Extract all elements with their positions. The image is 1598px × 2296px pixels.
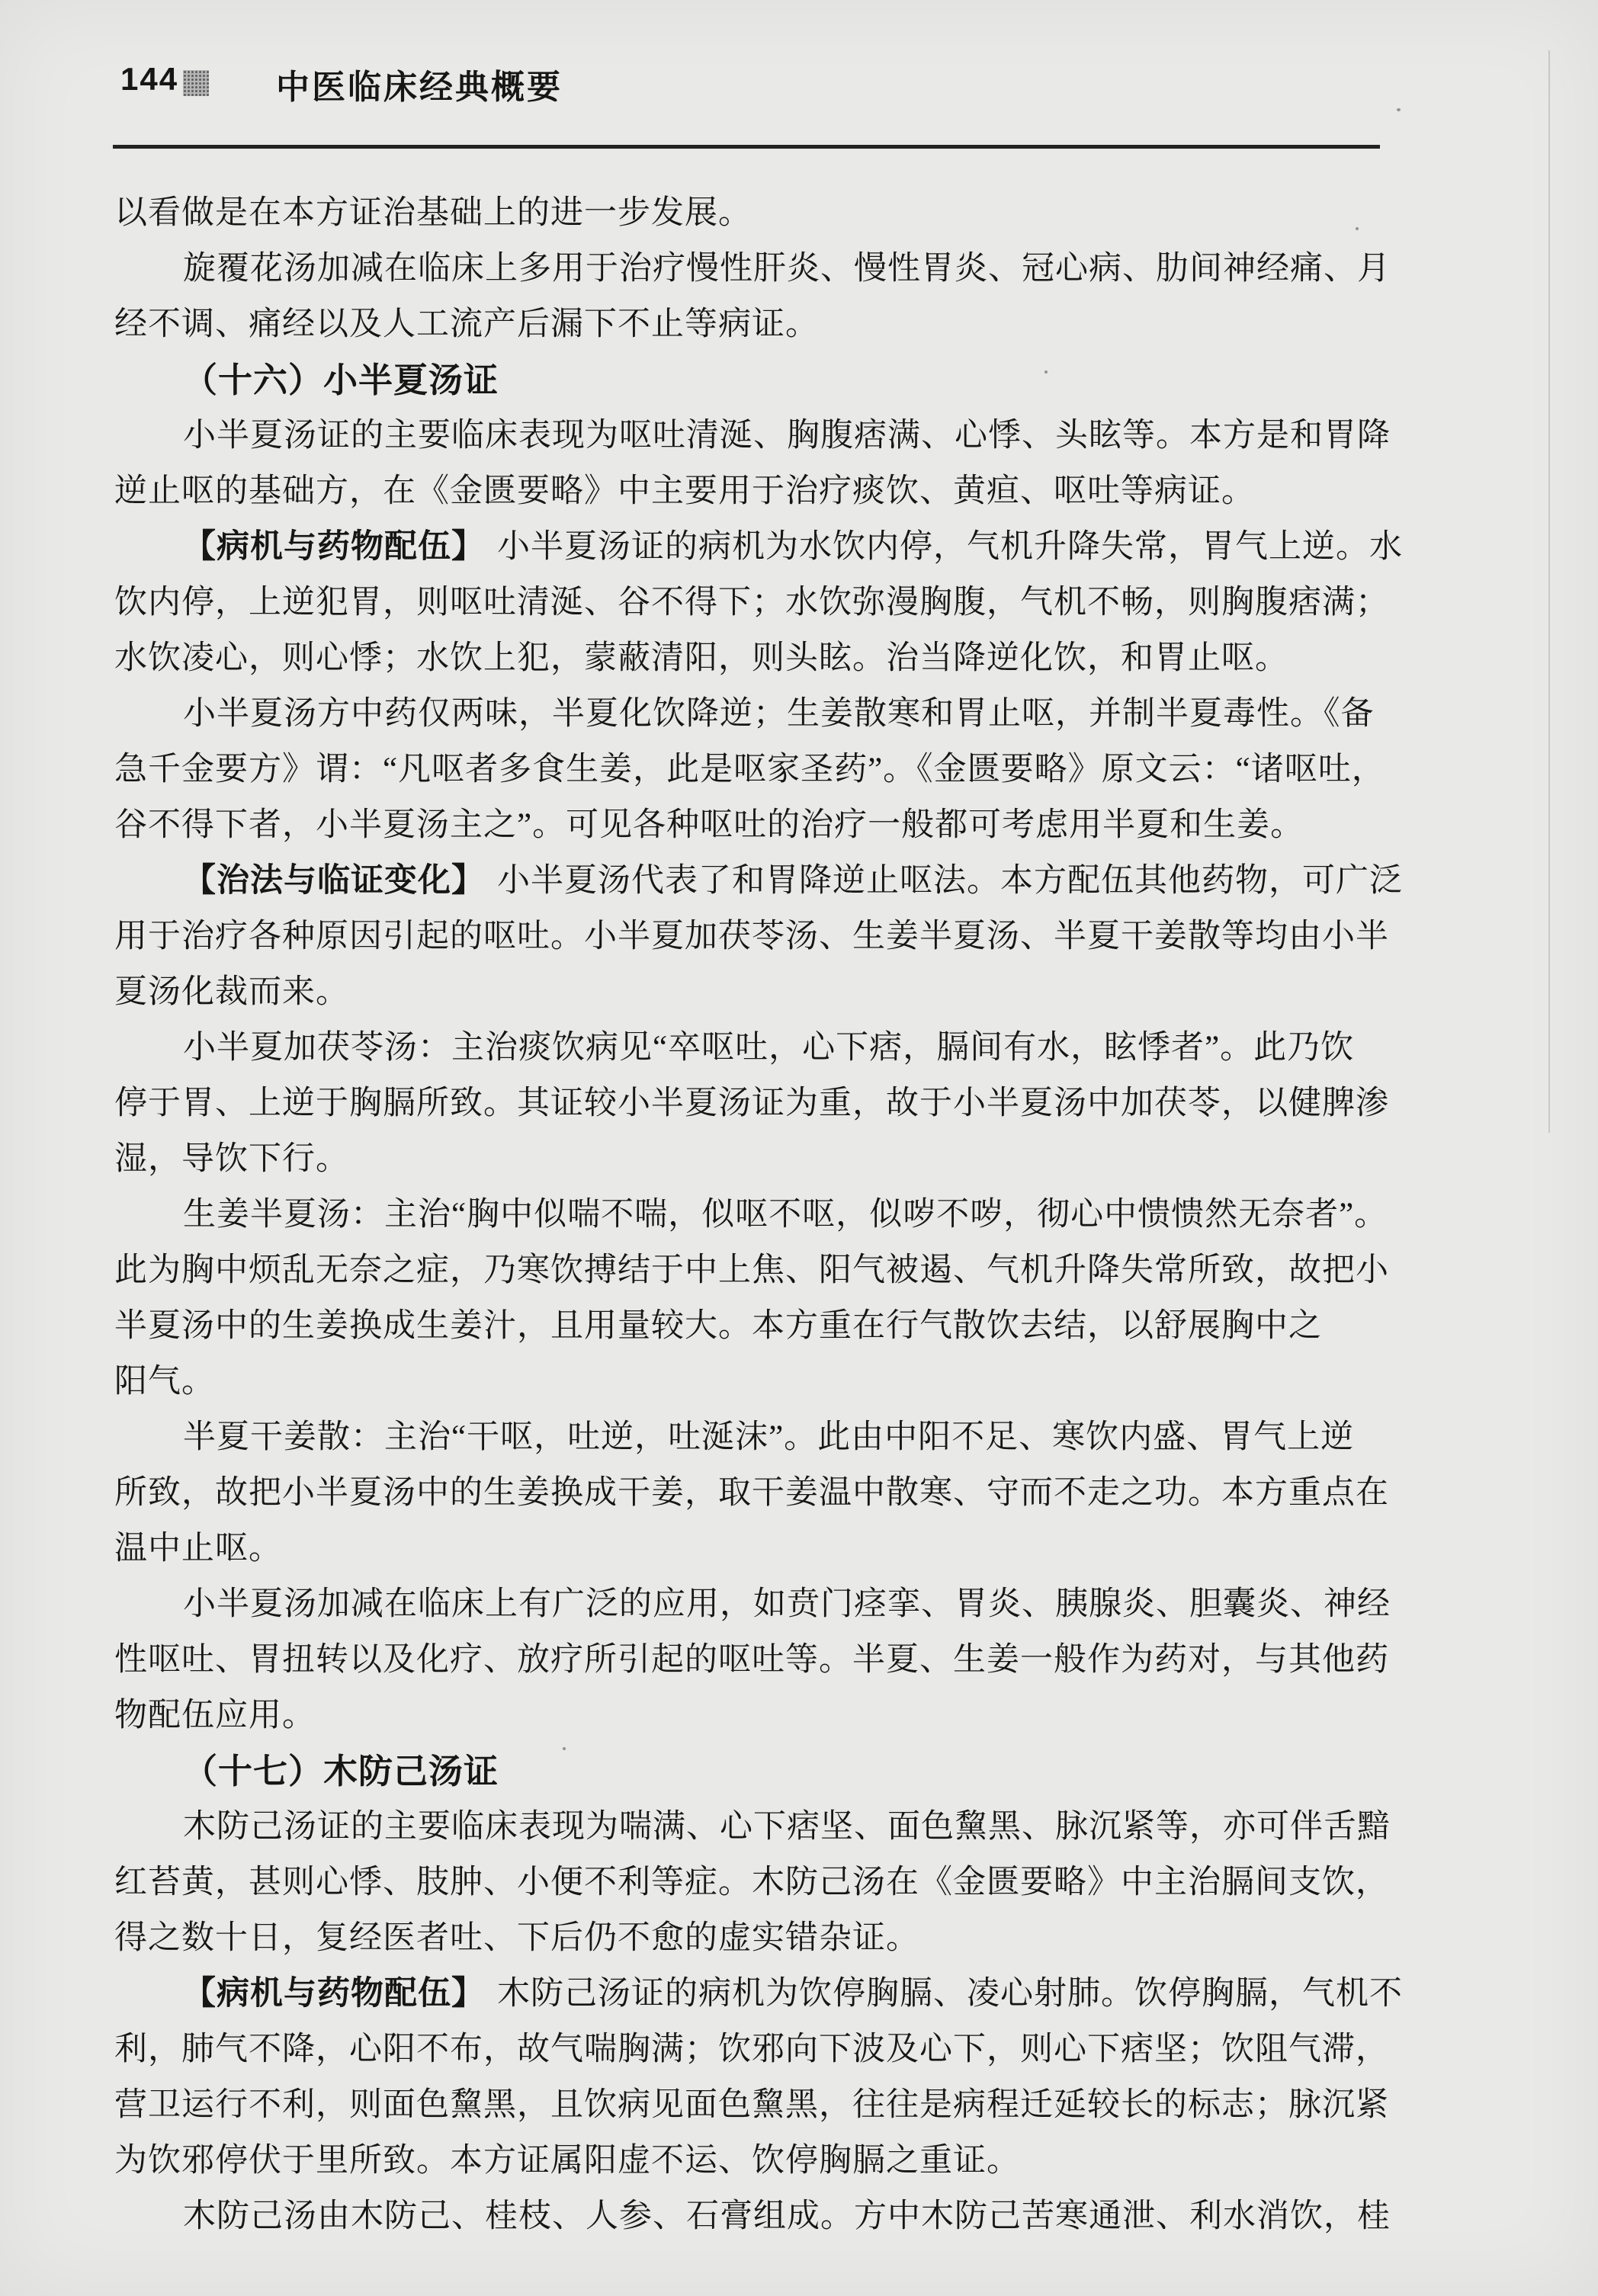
scan-speck [563,1747,566,1750]
header-marker-icon [183,70,209,96]
text-line-22: 阳气。 [114,1354,1426,1409]
text-line-35: 营卫运行不利，则面色黧黑，且饮病见面色黧黑，往往是病程迁延较长的标志；脉沉紧 [114,2077,1426,2133]
text-segment: 温中止呕。 [114,1531,282,1566]
text-segment: 木防己汤由木防己、桂枝、人参、石膏组成。方中木防己苦寒通泄、利水消饮，桂 [183,2198,1391,2234]
text-segment: 阳气。 [114,1364,215,1400]
text-line-26: 小半夏汤加减在临床上有广泛的应用，如贲门痉挛、胃炎、胰腺炎、胆囊炎、神经 [114,1576,1426,1632]
bold-label: 【病机与药物配伍】 [183,528,485,565]
text-segment: 用于治疗各种原因引起的呕吐。小半夏加茯苓汤、生姜半夏汤、半夏干姜散等均由小半 [114,919,1389,954]
text-segment: 物配伍应用。 [114,1698,316,1733]
text-line-8: 饮内停，上逆犯胃，则呕吐清涎、谷不得下；水饮弥漫胸腹，气机不畅，则胸腹痞满； [114,575,1426,630]
text-segment: 半夏汤中的生姜换成生姜汁，且用量较大。本方重在行气散饮去结，以舒展胸中之 [114,1308,1322,1344]
text-line-7: 【病机与药物配伍】小半夏汤证的病机为水饮内停，气机升降失常，胃气上逆。水 [114,519,1426,575]
text-segment: 性呕吐、胃扭转以及化疗、放疗所引起的呕吐等。半夏、生姜一般作为药对，与其他药 [114,1642,1389,1678]
text-segment: 停于胃、上逆于胸膈所致。其证较小半夏汤证为重，故于小半夏汤中加茯苓，以健脾渗 [114,1085,1389,1121]
text-line-15: 夏汤化裁而来。 [114,964,1426,1020]
text-line-20: 此为胸中烦乱无奈之症，乃寒饮搏结于中上焦、阳气被遏、气机升降失常所致，故把小 [114,1243,1426,1298]
text-line-13: 【治法与临证变化】小半夏汤代表了和胃降逆止呕法。本方配伍其他药物，可广泛 [114,853,1426,909]
bold-label: 【病机与药物配伍】 [183,1975,485,2012]
text-segment: 以看做是在本方证治基础上的进一步发展。 [114,195,752,231]
text-line-27: 性呕吐、胃扭转以及化疗、放疗所引起的呕吐等。半夏、生姜一般作为药对，与其他药 [114,1632,1426,1688]
text-line-30: 木防己汤证的主要临床表现为喘满、心下痞坚、面色黧黑、脉沉紧等，亦可伴舌黯 [114,1799,1426,1855]
text-line-1: 以看做是在本方证治基础上的进一步发展。 [114,185,1426,241]
body-text: 以看做是在本方证治基础上的进一步发展。旋覆花汤加减在临床上多用于治疗慢性肝炎、慢… [114,185,1426,2244]
text-line-6: 逆止呕的基础方，在《金匮要略》中主要用于治疗痰饮、黄疸、呕吐等病证。 [114,463,1426,519]
book-page: 144 中医临床经典概要 以看做是在本方证治基础上的进一步发展。旋覆花汤加减在临… [0,0,1598,2296]
text-segment: 水饮凌心，则心悸；水饮上犯，蒙蔽清阳，则头眩。治当降逆化饮，和胃止呕。 [114,640,1288,676]
header-rule [113,145,1380,149]
text-line-9: 水饮凌心，则心悸；水饮上犯，蒙蔽清阳，则头眩。治当降逆化饮，和胃止呕。 [114,630,1426,686]
text-segment: 半夏干姜散：主治“干呕，吐逆，吐涎沫”。此由中阳不足、寒饮内盛、胃气上逆 [183,1419,1354,1455]
bold-label: （十七）木防己汤证 [183,1752,499,1791]
text-segment: 急千金要方》谓：“凡呕者多食生姜，此是呕家圣药”。《金匮要略》原文云：“诸呕吐， [114,752,1385,787]
scan-speck [1044,370,1048,374]
text-segment: 湿，导饮下行。 [114,1141,349,1177]
text-segment: 小半夏汤方中药仅两味，半夏化饮降逆；生姜散寒和胃止呕，并制半夏毒性。《备 [183,696,1375,732]
text-segment: 小半夏汤证的病机为水饮内停，气机升降失常，胃气上逆。水 [497,529,1403,565]
text-line-37: 木防己汤由木防己、桂枝、人参、石膏组成。方中木防己苦寒通泄、利水消饮，桂 [114,2189,1426,2244]
text-line-31: 红苔黄，甚则心悸、肢肿、小便不利等症。木防己汤在《金匮要略》中主治膈间支饮， [114,1855,1426,1910]
text-line-17: 停于胃、上逆于胸膈所致。其证较小半夏汤证为重，故于小半夏汤中加茯苓，以健脾渗 [114,1076,1426,1131]
text-line-33: 【病机与药物配伍】木防己汤证的病机为饮停胸膈、凌心射肺。饮停胸膈，气机不 [114,1966,1426,2022]
text-line-5: 小半夏汤证的主要临床表现为呕吐清涎、胸腹痞满、心悸、头眩等。本方是和胃降 [114,408,1426,463]
text-line-36: 为饮邪停伏于里所致。本方证属阳虚不运、饮停胸膈之重证。 [114,2133,1426,2189]
bold-label: 【治法与临证变化】 [183,862,485,899]
text-segment: 此为胸中烦乱无奈之症，乃寒饮搏结于中上焦、阳气被遏、气机升降失常所致，故把小 [114,1252,1389,1288]
text-segment: 得之数十日，复经医者吐、下后仍不愈的虚实错杂证。 [114,1920,919,1956]
text-line-25: 温中止呕。 [114,1521,1426,1576]
text-segment: 谷不得下者，小半夏汤主之”。可见各种呕吐的治疗一般都可考虑用半夏和生姜。 [114,807,1304,843]
scan-speck [1397,108,1401,111]
text-line-3: 经不调、痛经以及人工流产后漏下不止等病证。 [114,297,1426,352]
scan-edge-shadow [1548,50,1550,1133]
text-segment: 利，肺气不降，心阳不布，故气喘胸满；饮邪向下波及心下，则心下痞坚；饮阻气滞， [114,2031,1389,2067]
text-segment: 小半夏加茯苓汤：主治痰饮病见“卒呕吐，心下痞，膈间有水，眩悸者”。此乃饮 [183,1030,1354,1066]
text-segment: 小半夏汤加减在临床上有广泛的应用，如贲门痉挛、胃炎、胰腺炎、胆囊炎、神经 [183,1586,1391,1622]
text-line-28: 物配伍应用。 [114,1688,1426,1743]
text-segment: 木防己汤证的病机为饮停胸膈、凌心射肺。饮停胸膈，气机不 [497,1976,1403,2012]
text-segment: 夏汤化裁而来。 [114,974,349,1010]
text-segment: 为饮邪停伏于里所致。本方证属阳虚不运、饮停胸膈之重证。 [114,2143,1020,2179]
text-segment: 生姜半夏汤：主治“胸中似喘不喘，似呕不呕，似哕不哕，彻心中愦愦然无奈者”。 [183,1197,1388,1233]
text-line-10: 小半夏汤方中药仅两味，半夏化饮降逆；生姜散寒和胃止呕，并制半夏毒性。《备 [114,686,1426,742]
bold-label: （十六）小半夏汤证 [183,361,499,399]
text-line-19: 生姜半夏汤：主治“胸中似喘不喘，似呕不呕，似哕不哕，彻心中愦愦然无奈者”。 [114,1187,1426,1243]
text-segment: 逆止呕的基础方，在《金匮要略》中主要用于治疗痰饮、黄疸、呕吐等病证。 [114,473,1255,509]
text-line-12: 谷不得下者，小半夏汤主之”。可见各种呕吐的治疗一般都可考虑用半夏和生姜。 [114,797,1426,853]
text-segment: 饮内停，上逆犯胃，则呕吐清涎、谷不得下；水饮弥漫胸腹，气机不畅，则胸腹痞满； [114,585,1389,620]
text-line-4: （十六）小半夏汤证 [114,352,1426,408]
text-line-16: 小半夏加茯苓汤：主治痰饮病见“卒呕吐，心下痞，膈间有水，眩悸者”。此乃饮 [114,1020,1426,1076]
text-line-11: 急千金要方》谓：“凡呕者多食生姜，此是呕家圣药”。《金匮要略》原文云：“诸呕吐， [114,742,1426,797]
text-segment: 经不调、痛经以及人工流产后漏下不止等病证。 [114,306,819,342]
text-line-21: 半夏汤中的生姜换成生姜汁，且用量较大。本方重在行气散饮去结，以舒展胸中之 [114,1298,1426,1354]
text-line-29: （十七）木防己汤证 [114,1743,1426,1799]
text-segment: 木防己汤证的主要临床表现为喘满、心下痞坚、面色黧黑、脉沉紧等，亦可伴舌黯 [183,1809,1391,1845]
text-segment: 小半夏汤代表了和胃降逆止呕法。本方配伍其他药物，可广泛 [497,863,1403,899]
text-segment: 旋覆花汤加减在临床上多用于治疗慢性肝炎、慢性胃炎、冠心病、肋间神经痛、月 [183,251,1391,287]
scan-speck [1356,227,1359,230]
page-number: 144 [120,61,178,98]
text-line-32: 得之数十日，复经医者吐、下后仍不愈的虚实错杂证。 [114,1910,1426,1966]
text-line-34: 利，肺气不降，心阳不布，故气喘胸满；饮邪向下波及心下，则心下痞坚；饮阻气滞， [114,2022,1426,2077]
text-line-14: 用于治疗各种原因引起的呕吐。小半夏加茯苓汤、生姜半夏汤、半夏干姜散等均由小半 [114,909,1426,964]
text-line-18: 湿，导饮下行。 [114,1131,1426,1187]
text-segment: 所致，故把小半夏汤中的生姜换成干姜，取干姜温中散寒、守而不走之功。本方重点在 [114,1475,1389,1511]
running-head-title: 中医临床经典概要 [276,59,563,108]
text-line-24: 所致，故把小半夏汤中的生姜换成干姜，取干姜温中散寒、守而不走之功。本方重点在 [114,1465,1426,1521]
text-segment: 营卫运行不利，则面色黧黑，且饮病见面色黧黑，往往是病程迁延较长的标志；脉沉紧 [114,2087,1389,2123]
text-line-2: 旋覆花汤加减在临床上多用于治疗慢性肝炎、慢性胃炎、冠心病、肋间神经痛、月 [114,241,1426,297]
text-line-23: 半夏干姜散：主治“干呕，吐逆，吐涎沫”。此由中阳不足、寒饮内盛、胃气上逆 [114,1409,1426,1465]
text-segment: 小半夏汤证的主要临床表现为呕吐清涎、胸腹痞满、心悸、头眩等。本方是和胃降 [183,418,1391,454]
text-segment: 红苔黄，甚则心悸、肢肿、小便不利等症。木防己汤在《金匮要略》中主治膈间支饮， [114,1865,1389,1900]
